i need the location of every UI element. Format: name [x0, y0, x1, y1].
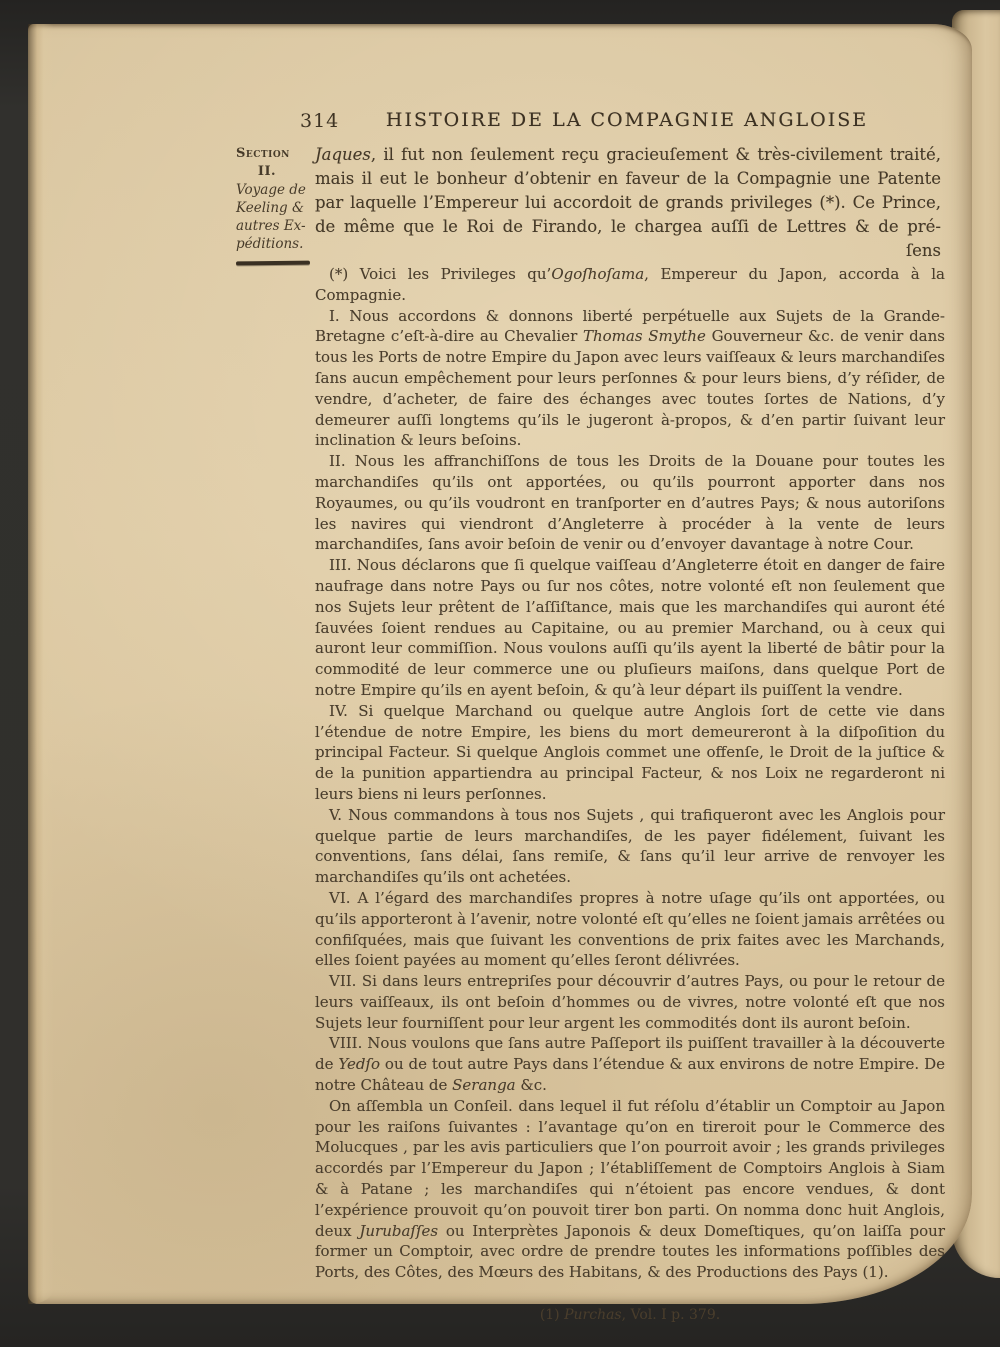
text-run: VI. A l’égard des marchandiſes propres à… — [315, 889, 945, 969]
margin-note-line: Section — [236, 145, 316, 163]
text-run: IV. Si quelque Marchand ou quelque autre… — [315, 702, 945, 803]
text-run: Seranga — [452, 1076, 515, 1094]
text-run: Purchas — [564, 1307, 622, 1323]
text-run: V. Nous commandons à tous nos Sujets , q… — [315, 806, 945, 886]
footnote-citation: (1) Purchas, Vol. I p. 379. — [315, 1305, 945, 1326]
margin-note-line: péditions. — [236, 235, 316, 253]
main-paragraph: Jaques, il fut non ſeulement reçu gracie… — [315, 143, 941, 263]
footnote-paragraph: II. Nous les affranchiſſons de tous les … — [315, 451, 945, 555]
body-line: Jaques, il fut non ſeulement reçu gracie… — [315, 143, 941, 167]
text-run: (*) Voici les Privileges qu’ — [329, 265, 551, 283]
text-run: , Vol. I p. 379. — [622, 1307, 721, 1323]
text-run: VII. Si dans leurs entrepriſes pour déco… — [315, 972, 945, 1032]
book-page: 314 HISTOIRE DE LA COMPAGNIE ANGLOISE Se… — [28, 24, 972, 1304]
text-run: (1) — [540, 1307, 564, 1323]
margin-section-note: SectionII.Voyage deKeeling &autres Ex-pé… — [236, 145, 316, 265]
text-run: mais il eut le bonheur d’obtenir en fave… — [315, 169, 941, 188]
text-run: II. Nous les affranchiſſons de tous les … — [315, 452, 945, 553]
footnote-paragraph: IV. Si quelque Marchand ou quelque autre… — [315, 701, 945, 805]
margin-rule — [236, 261, 310, 266]
running-title: HISTOIRE DE LA COMPAGNIE ANGLOISE — [315, 109, 939, 131]
text-run: ſens — [906, 241, 941, 260]
body-line: mais il eut le bonheur d’obtenir en fave… — [315, 167, 941, 191]
text-run: On aſſembla un Conſeil. dans lequel il f… — [315, 1097, 945, 1240]
footnote-paragraph: III. Nous déclarons que ſi quelque vaiſſ… — [315, 555, 945, 701]
margin-note-line: II. — [236, 163, 316, 181]
footnote-paragraph: VII. Si dans leurs entrepriſes pour déco… — [315, 971, 945, 1033]
text-run: Jaques — [315, 145, 371, 164]
margin-note-line: autres Ex- — [236, 217, 316, 235]
footnote-paragraph: I. Nous accordons & donnons liberté perp… — [315, 306, 945, 452]
text-run: Jurubaſſes — [359, 1222, 438, 1240]
footnote-paragraph: On aſſembla un Conſeil. dans lequel il f… — [315, 1096, 945, 1283]
body-line: par laquelle l’Empereur lui accordoit de… — [315, 191, 941, 215]
text-run: Gouverneur &c. de venir dans tous les Po… — [315, 327, 945, 449]
text-run: III. Nous déclarons que ſi quelque vaiſſ… — [315, 556, 945, 699]
footnote-paragraph: (*) Voici les Privileges qu’Ogoſhoſama, … — [315, 264, 945, 306]
text-run: Yedſo — [338, 1055, 380, 1073]
text-run: &c. — [516, 1076, 547, 1094]
margin-note-line: Keeling & — [236, 199, 316, 217]
text-run: Thomas Smythe — [583, 327, 706, 345]
text-run: ou de tout autre Pays dans l’étendue & a… — [315, 1055, 945, 1094]
body-line: ſens — [315, 239, 941, 263]
footnote-paragraph: VIII. Nous voulons que ſans autre Paſſep… — [315, 1033, 945, 1095]
text-run: de même que le Roi de Firando, le charge… — [315, 217, 941, 236]
footnote: (*) Voici les Privileges qu’Ogoſhoſama, … — [315, 264, 945, 1326]
text-run: Ogoſhoſama — [551, 265, 644, 283]
text-run: , il fut non ſeulement reçu gracieuſemen… — [371, 145, 941, 164]
footnote-paragraph: VI. A l’égard des marchandiſes propres à… — [315, 888, 945, 971]
footnote-paragraph: V. Nous commandons à tous nos Sujets , q… — [315, 805, 945, 888]
body-line: de même que le Roi de Firando, le charge… — [315, 215, 941, 239]
scanned-book-photo: 314 HISTOIRE DE LA COMPAGNIE ANGLOISE Se… — [0, 0, 1000, 1347]
margin-note-line: Voyage de — [236, 181, 316, 199]
text-run: par laquelle l’Empereur lui accordoit de… — [315, 193, 941, 212]
